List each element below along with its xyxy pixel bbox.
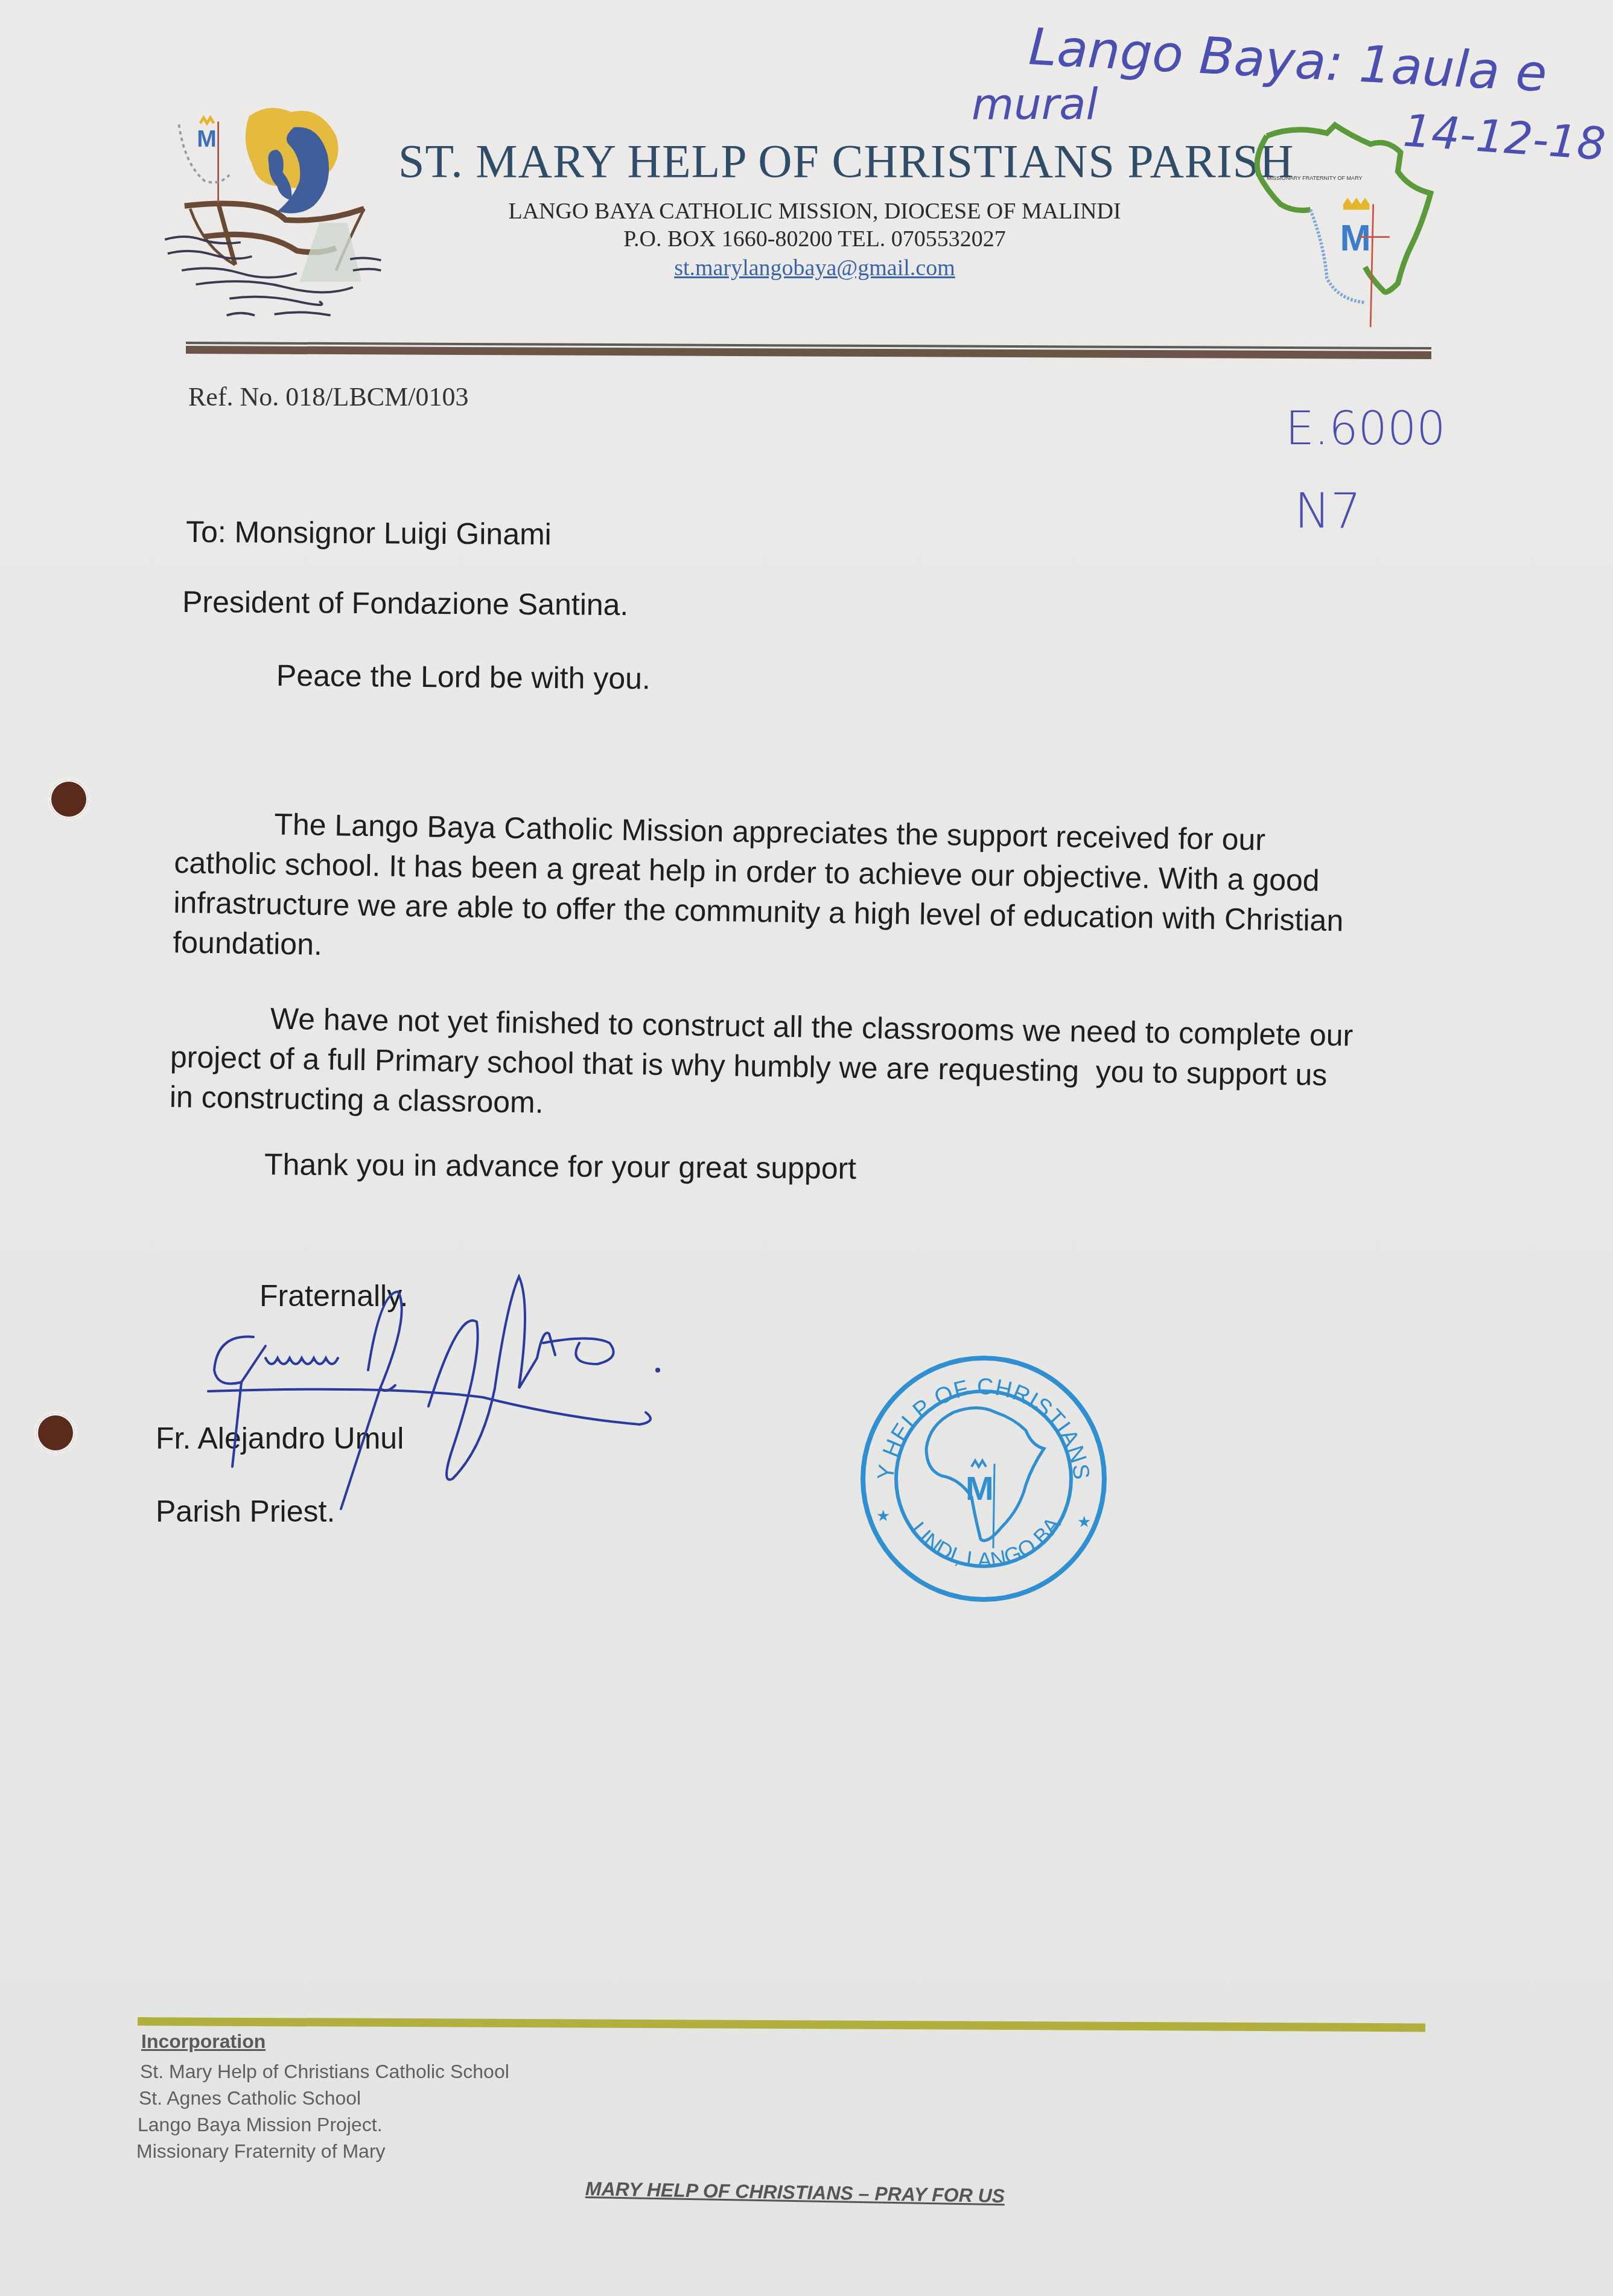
greeting: Peace the Lord be with you.: [276, 658, 651, 696]
fraternity-motto: MISSIONARY FRATERNITY OF MARY: [1267, 175, 1362, 181]
footer-item: Missionary Fraternity of Mary: [136, 2140, 386, 2163]
footer-item: St. Agnes Catholic School: [139, 2087, 361, 2109]
parish-title: ST. MARY HELP OF CHRISTIANS PARISH: [398, 134, 1231, 188]
svg-text:M: M: [1340, 217, 1371, 259]
svg-text:M: M: [197, 126, 217, 152]
footer-item: St. Mary Help of Christians Catholic Sch…: [140, 2061, 509, 2083]
footer-rule: [138, 2017, 1425, 2032]
handwritten-amount: E.6000: [1285, 401, 1446, 455]
signature-icon: [181, 1268, 724, 1521]
svg-text:★: ★: [876, 1507, 890, 1525]
reference-number: Ref. No. 018/LBCM/0103: [188, 381, 468, 412]
thanks-line: Thank you in advance for your great supp…: [264, 1147, 857, 1186]
handwritten-note-mural: mural: [972, 78, 1098, 129]
punch-hole: [36, 1414, 75, 1452]
footer-item: Lango Baya Mission Project.: [138, 2114, 383, 2136]
mission-address-line: LANGO BAYA CATHOLIC MISSION, DIOCESE OF …: [398, 198, 1231, 225]
recipient-line: To: Monsignor Luigi Ginami: [186, 514, 552, 552]
footer-motto: MARY HELP OF CHRISTIANS – PRAY FOR US: [585, 2178, 1005, 2207]
paragraph-request: We have not yet finished to construct al…: [169, 997, 1353, 1135]
handwritten-number: N7: [1294, 483, 1361, 539]
paragraph-appreciation: The Lango Baya Catholic Mission apprecia…: [173, 803, 1345, 980]
parish-boat-logo-icon: M: [151, 100, 392, 329]
footer-heading: Incorporation: [141, 2030, 266, 2053]
svg-text:★: ★: [1077, 1513, 1091, 1531]
punch-hole: [49, 780, 88, 818]
letter-page: M ST. MARY HELP OF CHRISTIANS PARISH LAN…: [0, 0, 1613, 2296]
recipient-title: President of Fondazione Santina.: [182, 584, 629, 622]
parish-stamp-icon: ST. MARY HELP OF CHRISTIANS PARISH MALIN…: [851, 1346, 1116, 1612]
svg-text:M: M: [966, 1469, 994, 1507]
email-link[interactable]: st.marylangobaya@gmail.com: [398, 255, 1231, 281]
handwritten-note-project: Lango Baya: 1aula e: [1027, 17, 1548, 103]
contact-line: P.O. BOX 1660-80200 TEL. 0705532027: [398, 226, 1231, 252]
